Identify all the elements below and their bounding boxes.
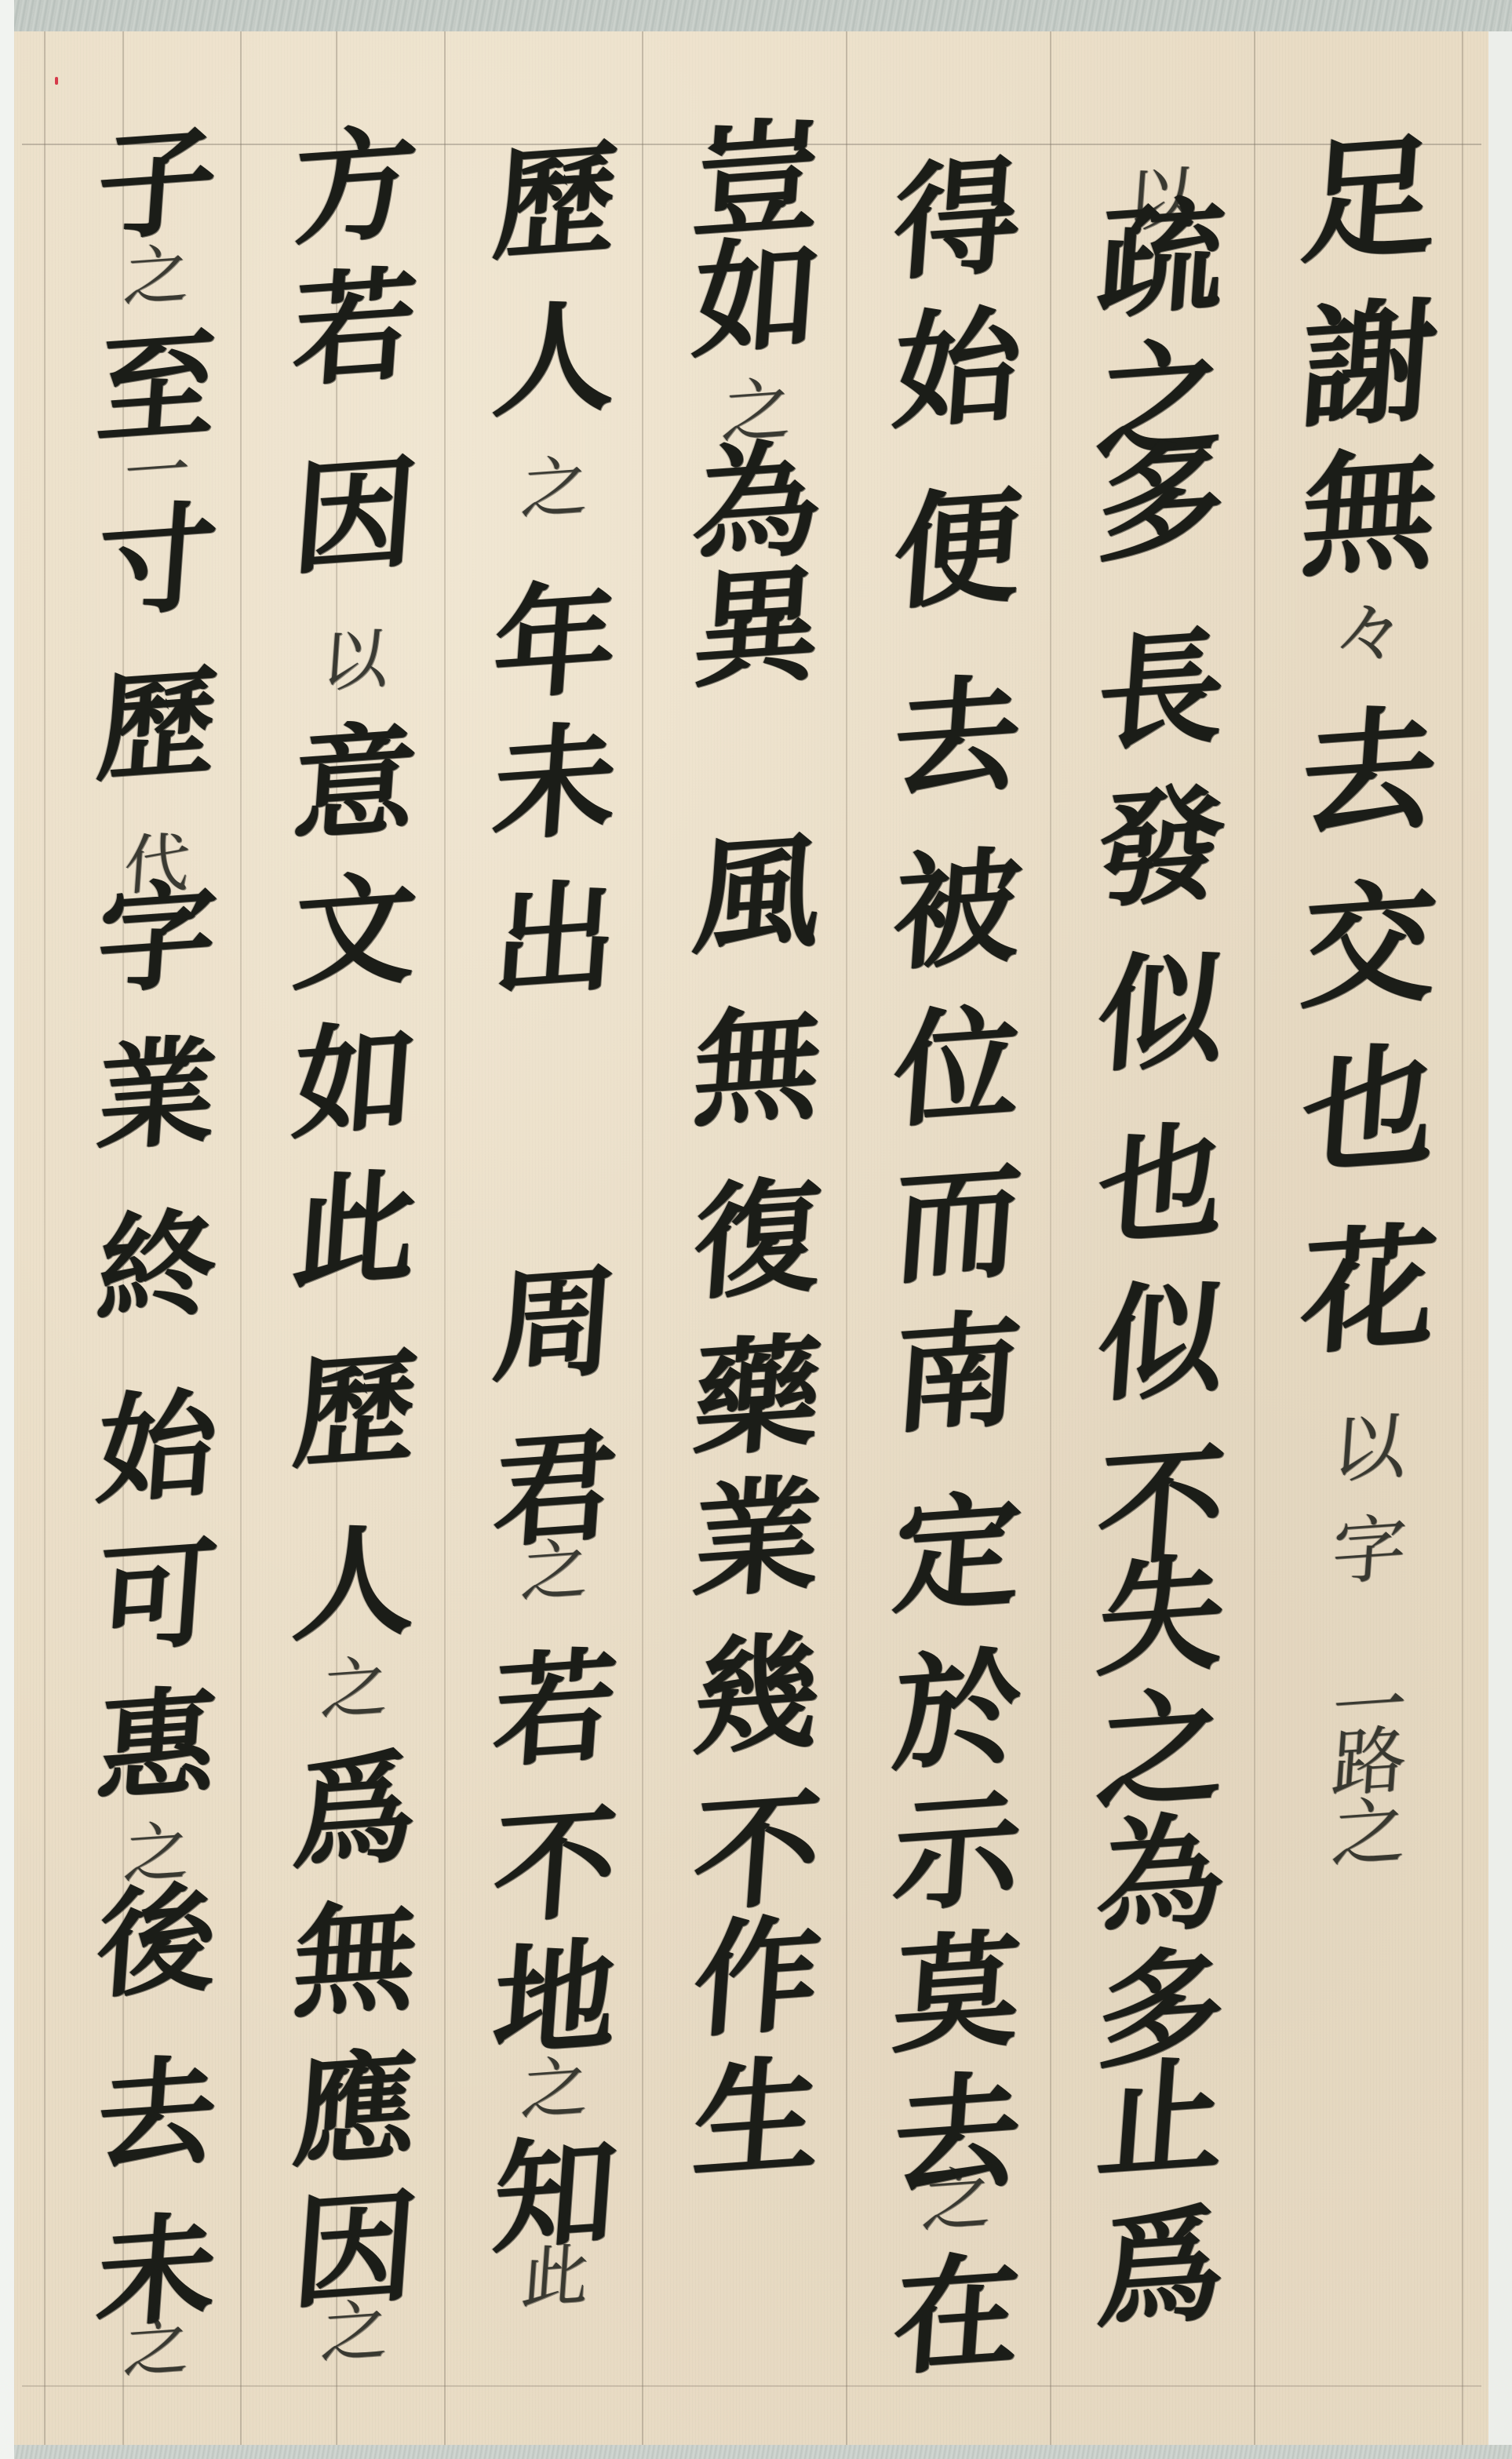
calligraphy-character: 藥 [646,1327,868,1466]
calligraphy-character: 始 [846,299,1068,439]
calligraphy-character: 似 [1050,1272,1272,1412]
calligraphy-character: 々 [1256,588,1483,677]
calligraphy-character: 爲 [246,1743,465,1878]
calligraphy-character: 之 [448,1531,662,1612]
calligraphy-character: 以 [1256,1404,1483,1493]
calligraphy-character: 之 [248,1648,462,1729]
calligraphy-character: 業 [50,1029,264,1160]
calligraphy-character: 年 [446,574,665,709]
calligraphy-column-2: 以疏之多長發似也似不失之為多止爲 [1055,31,1267,2445]
calligraphy-character: 風 [646,825,868,964]
calligraphy-character: 歷 [246,1342,465,1478]
calligraphy-character: 於 [846,1641,1068,1780]
calligraphy-character: 歷 [446,134,665,270]
calligraphy-character: 人 [446,291,665,427]
calligraphy-character: 人 [246,1515,465,1651]
calligraphy-character: 歷 [50,660,264,792]
calligraphy-character: 得 [846,150,1068,290]
calligraphy-character: 如 [246,1013,465,1149]
calligraphy-character: 意 [246,715,465,851]
calligraphy-character: 生 [646,2049,868,2188]
calligraphy-character: 字 [50,872,264,1004]
calligraphy-character: 也 [1254,1036,1485,1184]
calligraphy-character: 字 [1256,1506,1483,1595]
calligraphy-character: 無 [246,1892,465,2027]
calligraphy-character: 此 [246,1162,465,1298]
calligraphy-character: 幾 [646,1625,868,1765]
calligraphy-character: 疏 [1050,189,1272,329]
calligraphy-column-6: 方若因以意文如此歷人之爲無應因之 [251,31,459,2445]
calligraphy-character: 發 [1050,778,1272,917]
calligraphy-character: 去 [1254,698,1485,847]
calligraphy-character: 方 [246,118,465,254]
calligraphy-character: 之 [848,2158,1066,2242]
calligraphy-character: 失 [1050,1546,1272,1686]
vertical-ruling [44,31,46,2445]
calligraphy-character: 位 [846,997,1068,1137]
calligraphy-column-7: 子之至一寸歷代字業終始可惠之後去未之 [55,31,259,2445]
calligraphy-character: 謝 [1254,290,1485,439]
calligraphy-character: 出 [446,872,665,1007]
calligraphy-character: 不 [646,1782,868,1922]
calligraphy-character: 之 [52,236,262,315]
calligraphy-character: 作 [646,1907,868,2047]
calligraphy-character: 可 [50,1531,264,1663]
calligraphy-character: 終 [50,1201,264,1333]
calligraphy-character: 為 [1050,1805,1272,1945]
calligraphy-character: 不 [446,1798,665,1933]
calligraphy-character: 如 [646,228,868,368]
calligraphy-character: 在 [846,2245,1068,2384]
calligraphy-character: 定 [846,1484,1068,1623]
calligraphy-character: 為 [646,432,868,572]
calligraphy-character: 若 [446,1641,665,1776]
calligraphy-character: 之 [248,2292,462,2373]
calligraphy-character: 之 [448,448,662,529]
calligraphy-character: 未 [446,715,665,851]
calligraphy-character: 去 [50,2049,264,2180]
silk-mount-top [14,0,1512,31]
calligraphy-character: 去 [846,668,1068,807]
calligraphy-character: 此 [448,2237,662,2318]
calligraphy-character: 似 [1050,942,1272,1082]
calligraphy-character: 南 [846,1303,1068,1443]
calligraphy-character: 惠 [50,1680,264,1812]
calligraphy-character: 便 [846,479,1068,619]
calligraphy-character: 示 [846,1782,1068,1922]
calligraphy-character: 地 [446,1931,665,2067]
calligraphy-character: 之 [1050,1680,1272,1820]
calligraphy-character: 後 [50,1876,264,2008]
calligraphy-character: 異 [646,558,868,698]
calligraphy-character: 無 [1254,439,1485,588]
calligraphy-character: 子 [50,118,264,250]
calligraphy-character: 多 [1050,432,1272,572]
calligraphy-character: 被 [846,840,1068,980]
calligraphy-column-5: 歷人之年未出周君之若不地之知此 [451,31,659,2445]
calligraphy-character: 足 [1254,126,1485,274]
silk-mount-bottom [14,2445,1512,2459]
calligraphy-character: 而 [846,1154,1068,1294]
calligraphy-character: 也 [1050,1115,1272,1255]
right-page-margin [1488,31,1512,2445]
calligraphy-character: 之 [52,2308,262,2387]
manuscript-paper: 足謝無々去交也花以字一路之以疏之多長發似也似不失之為多止爲得始便去被位而南定於示… [14,31,1488,2445]
calligraphy-column-3: 得始便去被位而南定於示莫去之在 [851,31,1063,2445]
calligraphy-character: 止 [1050,2049,1272,2188]
calligraphy-character: 文 [246,864,465,1000]
calligraphy-character: 因 [246,448,465,584]
calligraphy-character: 以 [248,621,462,701]
calligraphy-character: 爲 [1050,2198,1272,2337]
calligraphy-character: 寸 [50,495,264,627]
calligraphy-character: 花 [1254,1216,1485,1364]
calligraphy-column-4: 豈如之為異風無復藥業幾不作生 [651,31,863,2445]
calligraphy-character: 始 [50,1382,264,1514]
calligraphy-character: 無 [646,997,868,1137]
calligraphy-character: 長 [1050,621,1272,760]
left-page-margin [0,0,14,2459]
calligraphy-character: 莫 [846,1923,1068,2063]
calligraphy-character: 業 [646,1468,868,1608]
calligraphy-character: 周 [446,1256,665,1392]
calligraphy-column-1: 足謝無々去交也花以字一路之 [1259,31,1479,2445]
calligraphy-character: 之 [1256,1789,1483,1878]
calligraphy-character: 之 [448,2049,662,2129]
calligraphy-character: 復 [646,1170,868,1310]
calligraphy-character: 應 [246,2041,465,2177]
calligraphy-character: 若 [246,260,465,395]
calligraphy-character: 交 [1254,871,1485,1019]
